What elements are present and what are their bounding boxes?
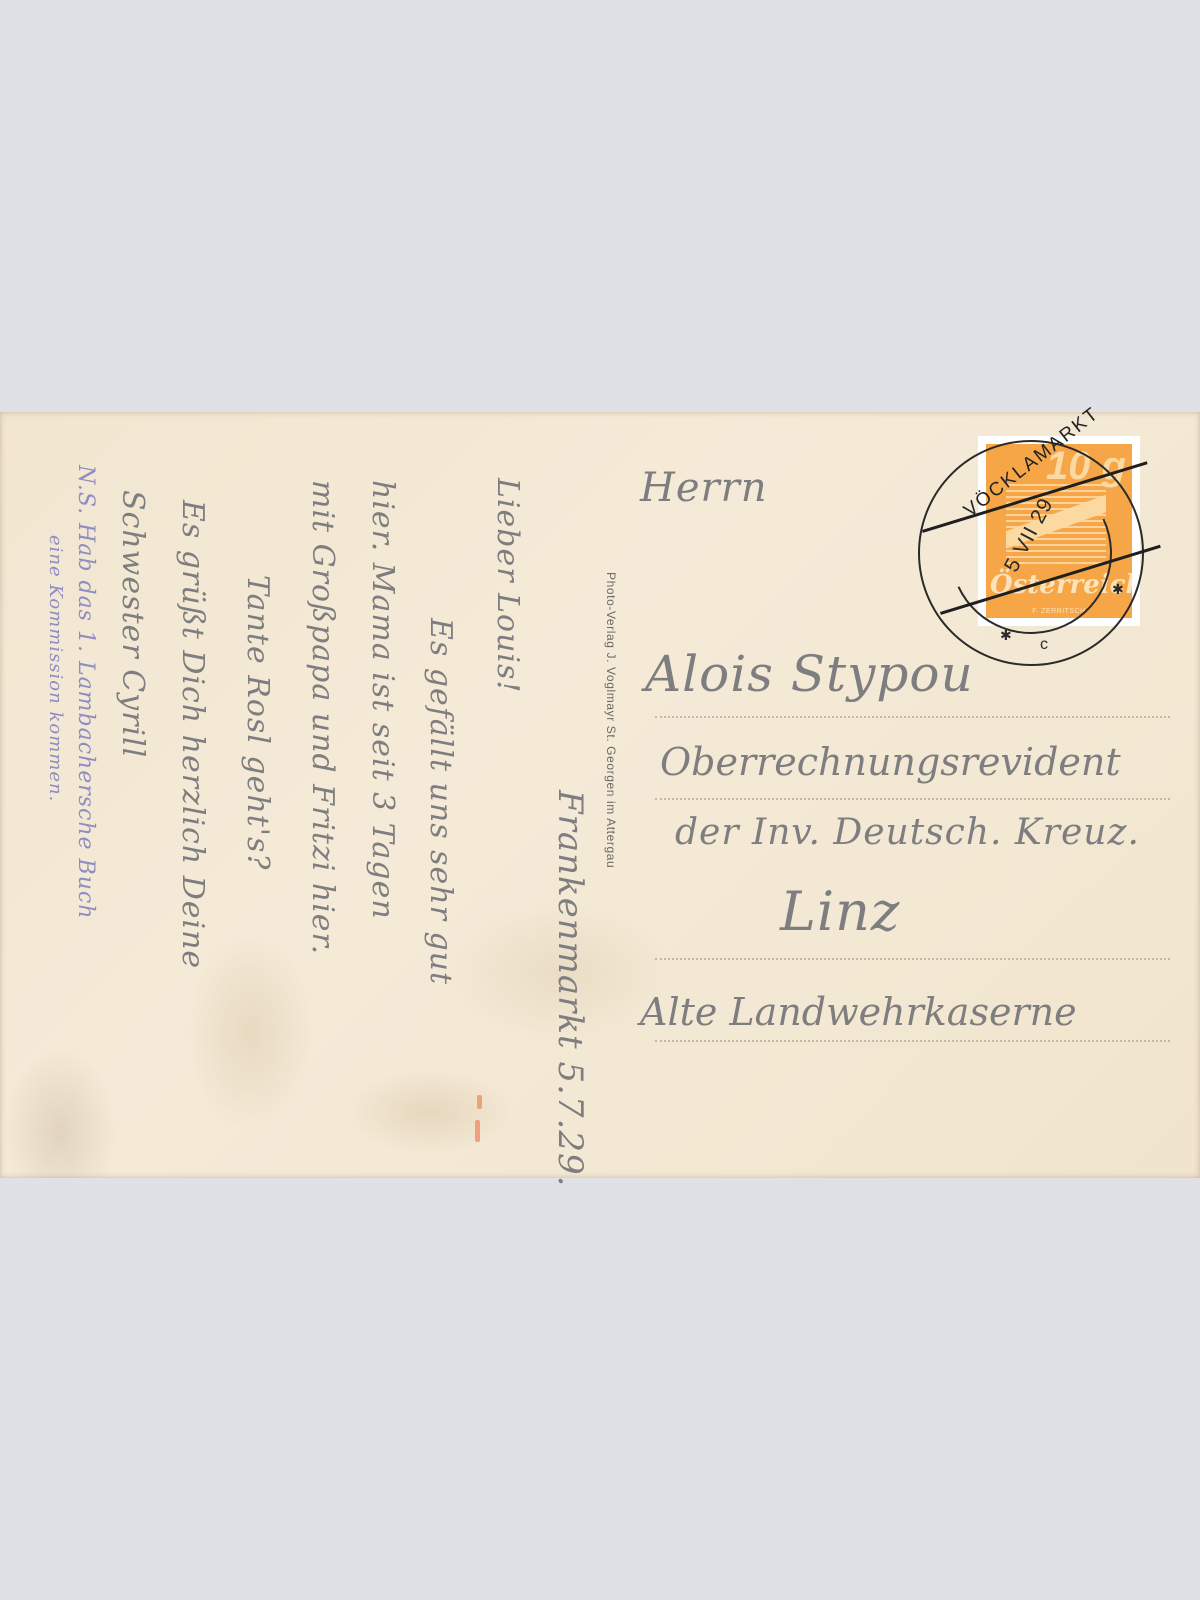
red-stain xyxy=(477,1095,482,1109)
publisher-imprint: Photo-Verlag J. Voglmayr St. Georgen im … xyxy=(604,572,618,868)
address-salutation: Herrn xyxy=(640,465,768,511)
address-line xyxy=(655,716,1170,718)
address-line xyxy=(655,1040,1170,1042)
address-city: Linz xyxy=(780,880,900,943)
message-postscript: eine Kommission kommen. xyxy=(45,535,66,802)
address-organization: der Inv. Deutsch. Kreuz. xyxy=(675,812,1140,853)
message-postscript: N.S. Hab das 1. Lambachersche Buch xyxy=(73,465,98,919)
postmark-star-icon: ✱ xyxy=(1000,628,1012,644)
address-street: Alte Landwehrkaserne xyxy=(640,990,1077,1034)
message-line: Es grüßt Dich herzlich Deine xyxy=(175,500,210,969)
address-title: Oberrechnungsrevident xyxy=(660,740,1121,784)
red-stain xyxy=(475,1120,480,1142)
postmark-star-icon: ✱ xyxy=(1112,582,1124,598)
address-line xyxy=(655,798,1170,800)
message-line: hier. Mama ist seit 3 Tagen xyxy=(365,480,400,920)
message-line: Es gefällt uns sehr gut xyxy=(423,618,458,985)
message-line: mit Großpapa und Fritzi hier. xyxy=(305,480,340,955)
address-line xyxy=(655,958,1170,960)
message-line: Tante Rosl geht's? xyxy=(240,575,275,870)
message-place-date: Frankenmarkt 5.7.29. xyxy=(550,790,590,1187)
message-greeting: Lieber Louis! xyxy=(490,478,525,693)
address-name: Alois Stypou xyxy=(645,645,974,703)
message-line: Schwester Cyrill xyxy=(115,490,150,758)
postmark-code: c xyxy=(1040,636,1048,654)
